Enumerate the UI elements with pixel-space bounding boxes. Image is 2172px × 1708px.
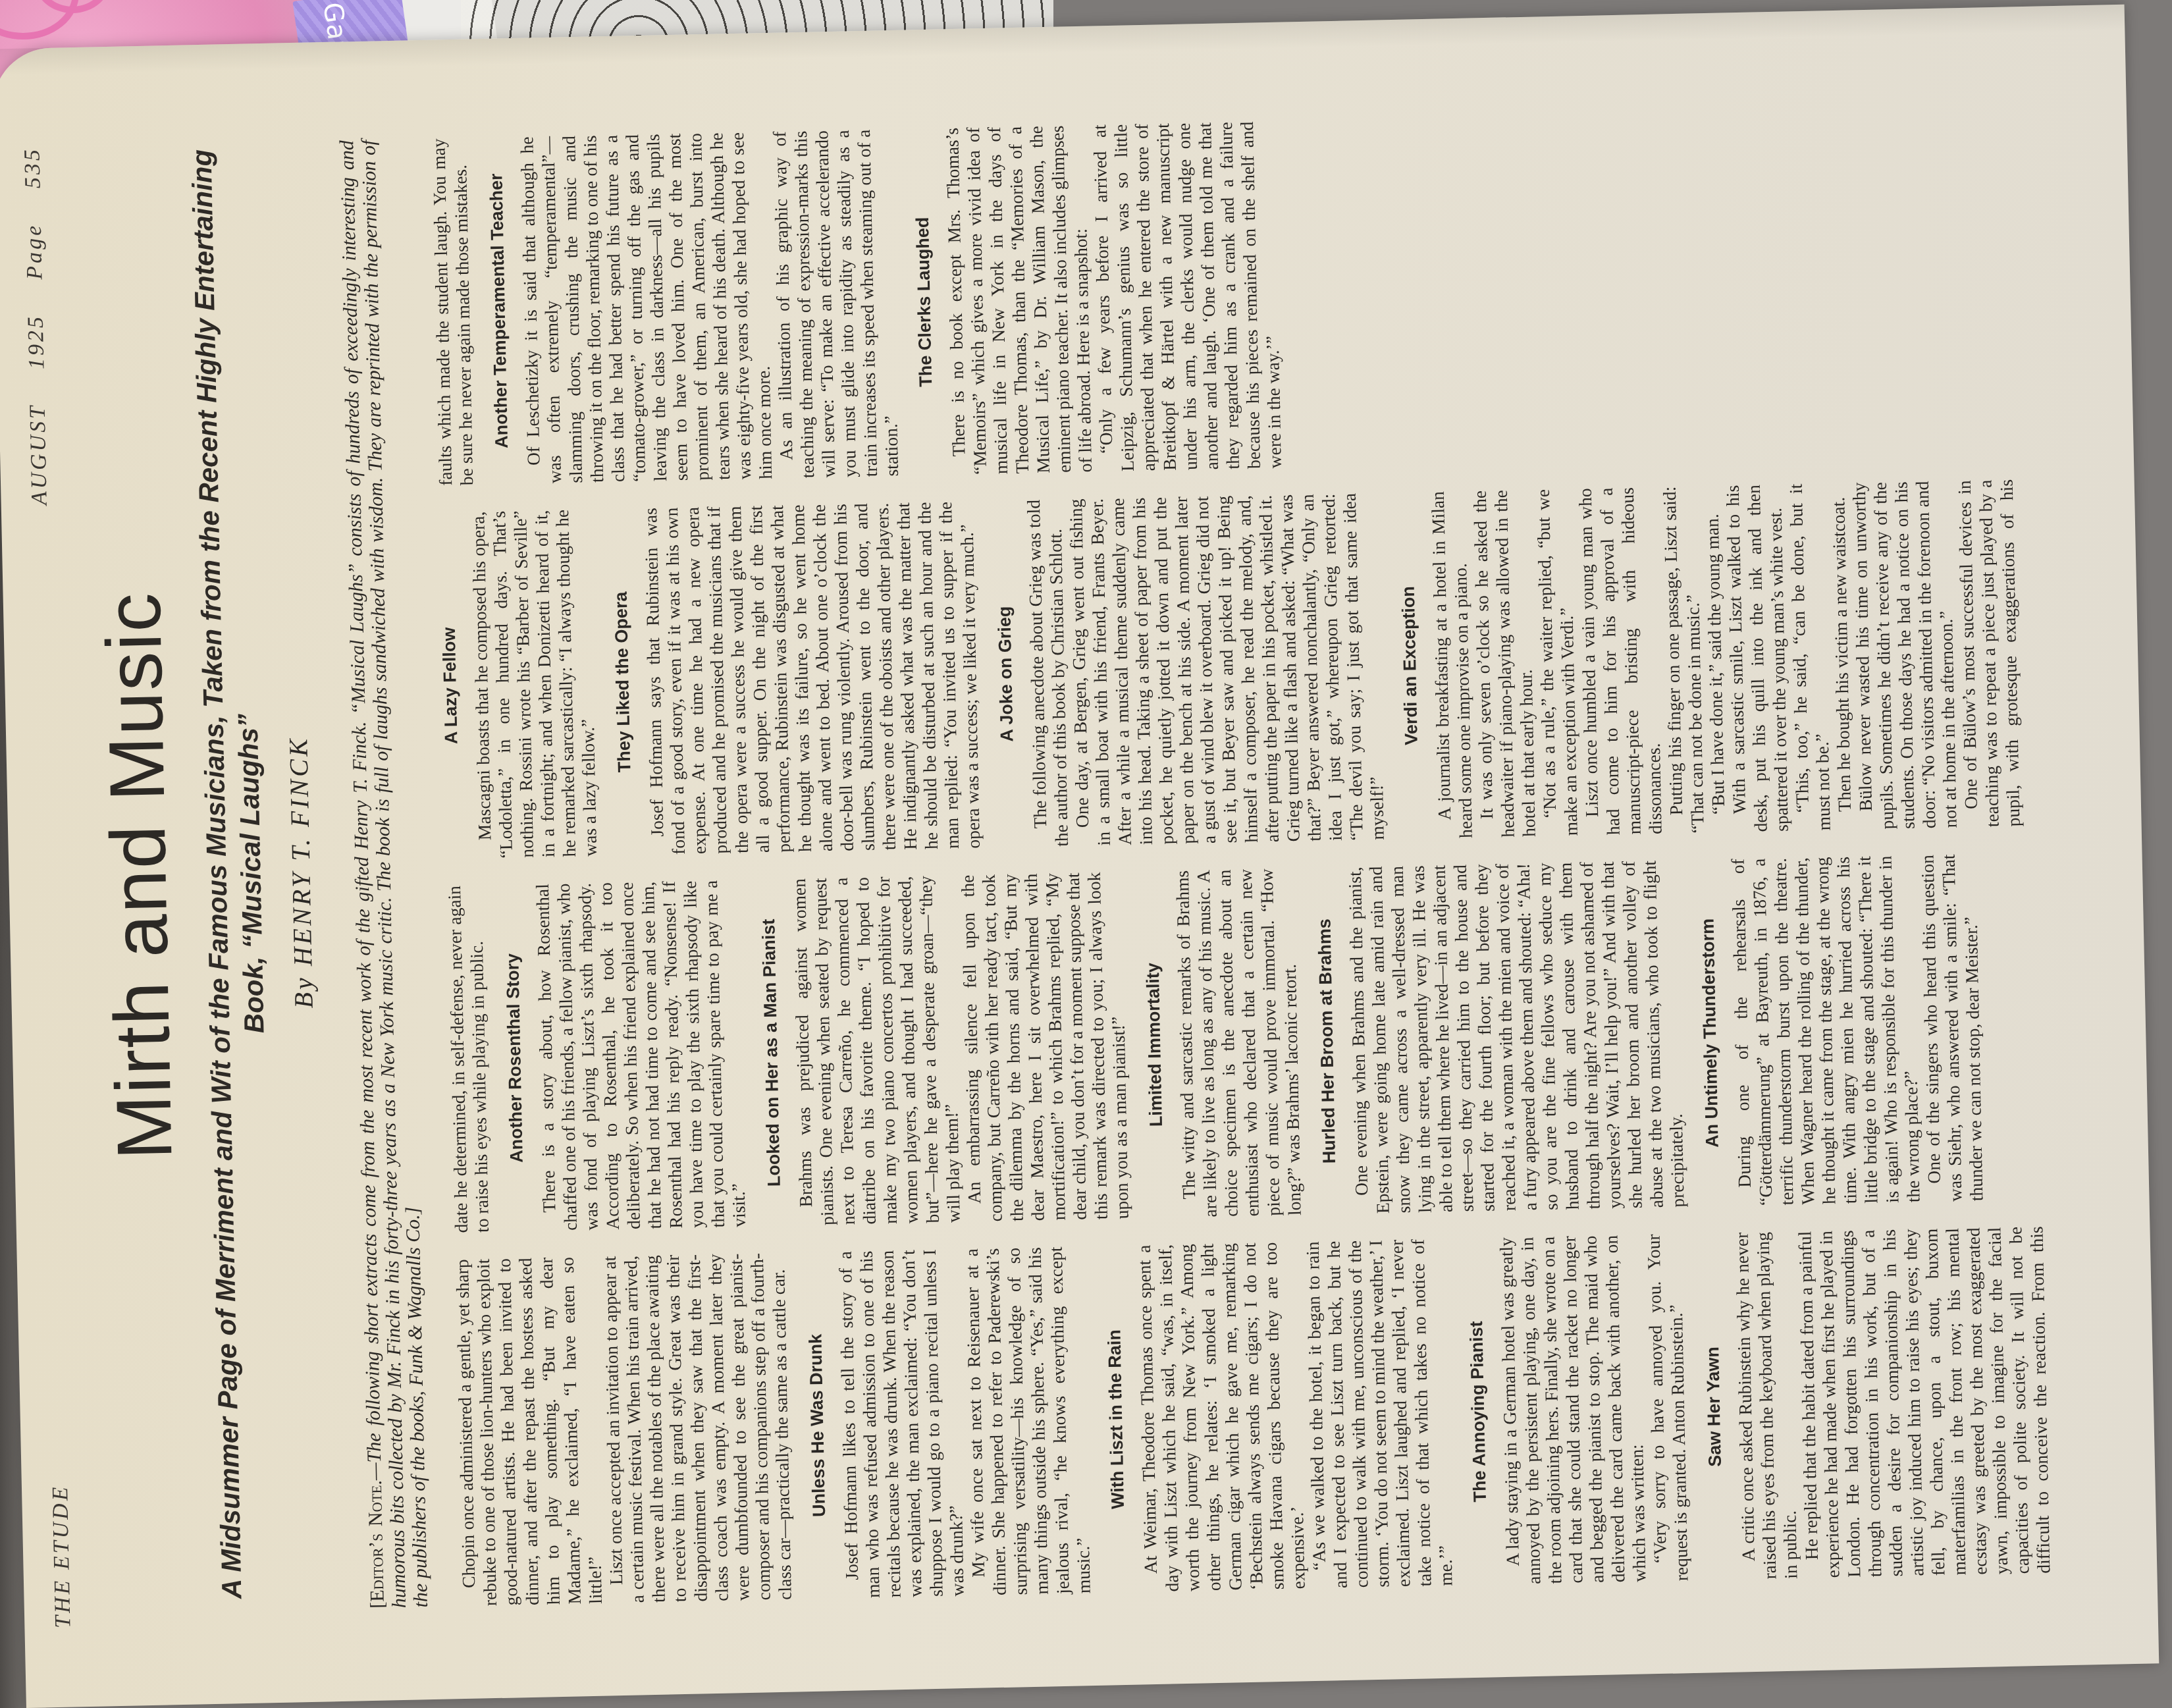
section-heading: Looked on Her as a Man Pianist bbox=[757, 879, 785, 1227]
paragraph: There is a story about, how Rosenthal ch… bbox=[532, 880, 750, 1231]
paragraph: Brahms was prejudiced against women pian… bbox=[789, 875, 965, 1226]
paragraph: “Only a few years before I arrived at Le… bbox=[1089, 121, 1286, 472]
paragraph: Putting his finger on one passage, Liszt… bbox=[1659, 486, 1708, 834]
section-heading: The Annoying Pianist bbox=[1464, 1238, 1493, 1586]
paragraph: A journalist breakfasting at a hotel in … bbox=[1427, 491, 1477, 839]
paragraph: Of Leschetizky it is said that although … bbox=[516, 132, 776, 484]
paragraph: One evening when Brahms and the pianist,… bbox=[1344, 860, 1689, 1214]
paragraph: During one of the rehearsals of “Götterd… bbox=[1728, 855, 1924, 1206]
issue-info: AUGUST 1925 Page 535 bbox=[20, 147, 52, 506]
issue-date: AUGUST 1925 bbox=[24, 314, 52, 506]
running-head: THE ETUDE AUGUST 1925 Page 535 bbox=[13, 147, 84, 1629]
paragraph: As an illustration of his graphic way of… bbox=[769, 129, 903, 479]
paragraph: There is no book except Mrs. Thomas’s “M… bbox=[941, 125, 1096, 475]
paragraph: One day, at Bergen, Grieg went out fishi… bbox=[1065, 493, 1389, 846]
paragraph: Liszt once humbled a vain young man who … bbox=[1575, 487, 1666, 836]
paragraph: The following anecdote about Grieg was t… bbox=[1023, 499, 1073, 847]
paragraph: “This, too,” he said, “can be done, but … bbox=[1786, 483, 1835, 832]
paragraph: Mascagni boasts that he composed his ope… bbox=[467, 509, 601, 859]
paragraph: At Weimar, Theodore Thomas once spent a … bbox=[1134, 1242, 1310, 1593]
paragraph: “Very sorry to have annoyed you. Your re… bbox=[1643, 1234, 1692, 1582]
paragraph: The witty and sarcastic remarks of Brahm… bbox=[1172, 868, 1306, 1217]
paragraph: Bülow never wasted his time on unworthy … bbox=[1849, 481, 1961, 830]
paragraph: “Not as a rule,” the waiter replied, “bu… bbox=[1533, 489, 1582, 837]
section-heading: Another Temperamental Teacher bbox=[485, 137, 513, 485]
paragraph: Liszt once accepted an invitation to app… bbox=[599, 1252, 796, 1603]
publication-name: THE ETUDE bbox=[48, 1484, 76, 1628]
article-subtitle: A Midsummer Page of Merriment and Wit of… bbox=[184, 136, 284, 1612]
paragraph: Josef Hofmann says that Rubinstein was f… bbox=[640, 501, 984, 855]
paragraph: Josef Hofmann likes to tell the story of… bbox=[835, 1249, 968, 1599]
paragraph: A lady staying in a German hotel was gre… bbox=[1496, 1235, 1651, 1585]
section-heading: With Liszt in the Rain bbox=[1102, 1245, 1130, 1593]
section-heading: A Joke on Grieg bbox=[992, 500, 1020, 848]
paragraph: “As we walked to the hotel, it began to … bbox=[1302, 1239, 1457, 1589]
paragraph: With a sarcastic smile, Liszt walked to … bbox=[1722, 484, 1793, 832]
page-number: Page 535 bbox=[20, 147, 47, 280]
article-title: Mirth and Music bbox=[77, 45, 201, 1706]
paragraph: One of the singers who heard this questi… bbox=[1917, 854, 1988, 1202]
paragraph: A critic once asked Rubinstein why he ne… bbox=[1731, 1231, 1801, 1580]
section-heading: Unless He Was Drunk bbox=[803, 1252, 832, 1599]
magazine-page: THE ETUDE AUGUST 1925 Page 535 Mirth and… bbox=[0, 5, 2159, 1708]
editors-note-text: —The following short extracts come from … bbox=[336, 140, 432, 1608]
paragraph: Chopin once administered a gentle, yet s… bbox=[452, 1256, 606, 1607]
paragraph: An embarrassing silence fell upon the co… bbox=[957, 872, 1133, 1223]
paragraph: It was only seven o’clock so he asked th… bbox=[1470, 489, 1540, 838]
section-heading: Another Rosenthal Story bbox=[500, 884, 529, 1232]
section-heading: Saw Her Yawn bbox=[1699, 1233, 1728, 1580]
section-heading: A Lazy Fellow bbox=[436, 512, 464, 859]
editors-note-label: [Editor’s Note. bbox=[364, 1480, 388, 1609]
paragraph: My wife once sat next to Reisenauer at a… bbox=[961, 1246, 1095, 1596]
section-heading: Limited Immortality bbox=[1140, 871, 1169, 1219]
editors-note: [Editor’s Note.—The following short extr… bbox=[336, 140, 432, 1609]
section-heading: Verdi an Exception bbox=[1396, 492, 1424, 840]
section-heading: They Liked the Opera bbox=[608, 508, 637, 856]
section-heading: The Clerks Laughed bbox=[910, 128, 938, 476]
article-body: Chopin once administered a gentle, yet s… bbox=[428, 105, 2078, 1607]
section-heading: An Untimely Thunderstorm bbox=[1696, 859, 1724, 1207]
section-heading: Hurled Her Broom at Brahms bbox=[1313, 867, 1341, 1215]
